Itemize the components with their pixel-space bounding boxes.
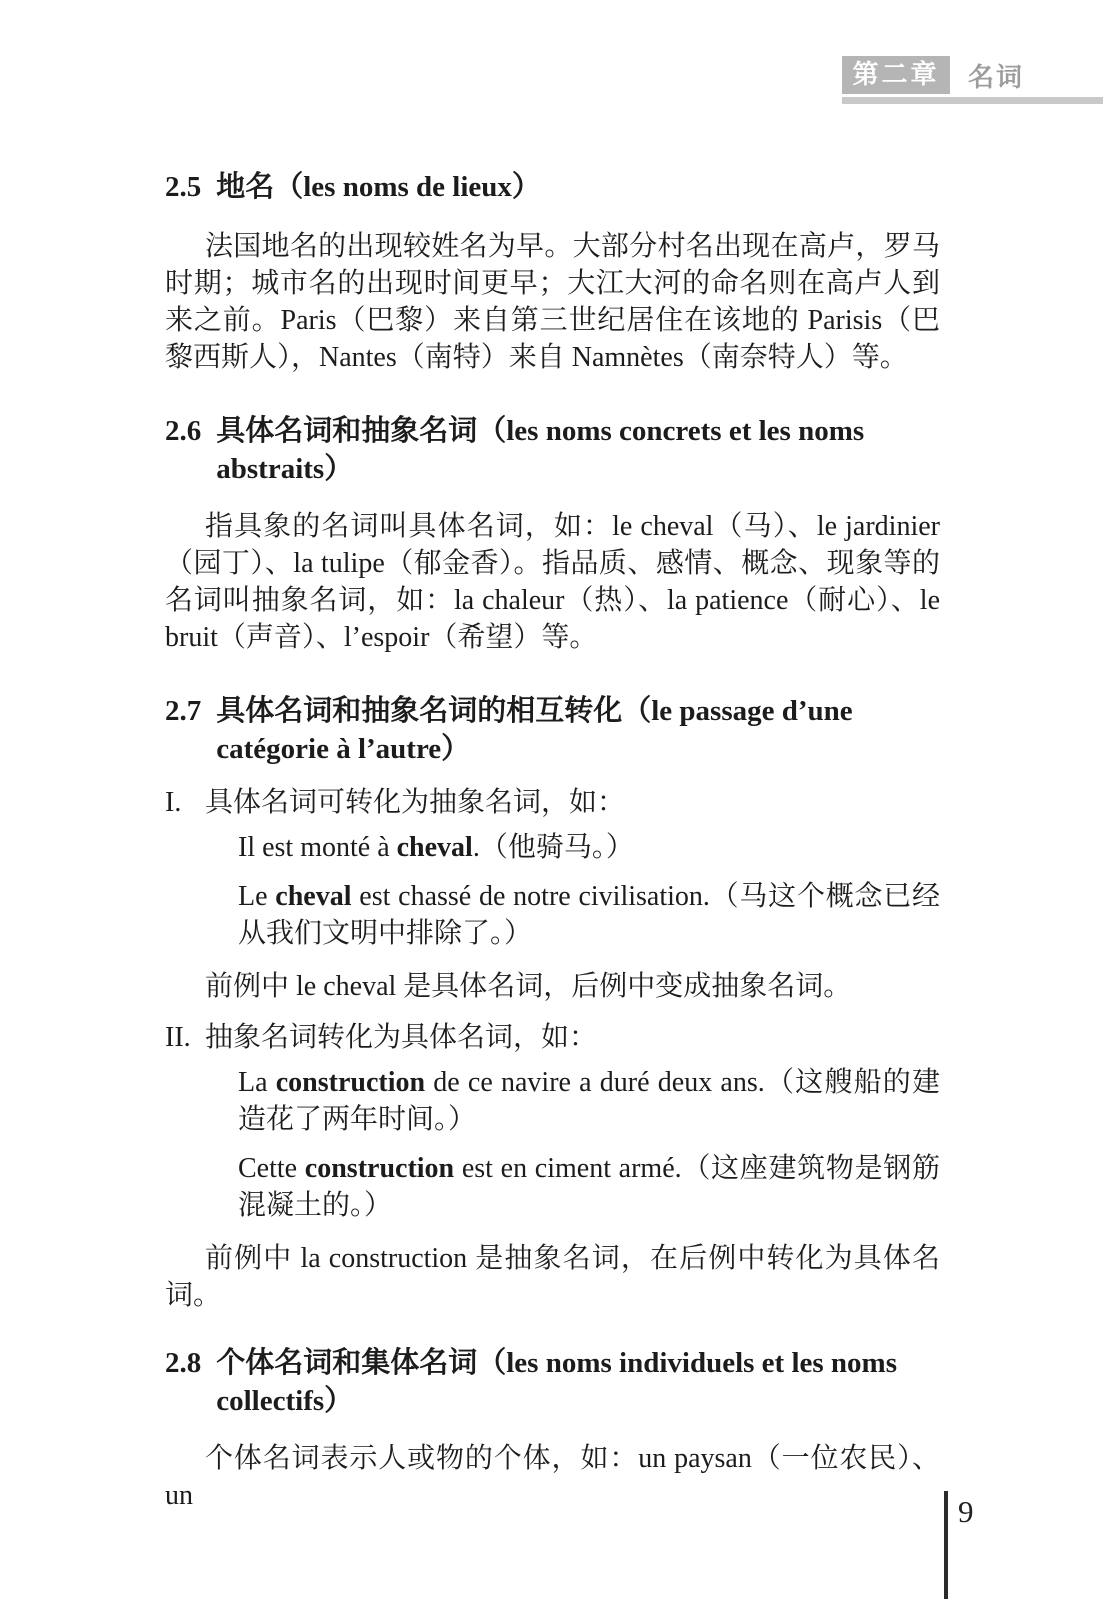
example-bold-word: construction — [305, 1153, 454, 1184]
example-sentence: Il est monté à cheval.（他骑马。） — [238, 829, 940, 866]
list-item-intro: 抽象名词转化为具体名词，如： — [205, 1019, 940, 1056]
example-bold-word: cheval — [275, 881, 351, 912]
chapter-title: 名词 — [968, 57, 1024, 94]
roman-numeral-label: I. — [165, 784, 205, 821]
example-pre: La — [238, 1067, 276, 1098]
example-pre: Il est monté à — [238, 832, 397, 863]
example-pre: Cette — [238, 1153, 305, 1184]
section-2-5-paragraph: 法国地名的出现较姓名为早。大部分村名出现在高卢，罗马时期；城市名的出现时间更早；… — [165, 228, 940, 376]
section-number: 2.5 — [165, 168, 201, 206]
example-note: 前例中 le cheval 是具体名词，后例中变成抽象名词。 — [165, 968, 940, 1005]
chapter-number-box: 第二章 — [842, 56, 950, 94]
example-bold-word: construction — [276, 1067, 425, 1098]
example-bold-word: cheval — [397, 832, 473, 863]
section-title: 地名（les noms de lieux） — [216, 168, 940, 206]
list-item-1: I. 具体名词可转化为抽象名词，如： — [165, 784, 940, 821]
example-sentence: Cette construction est en ciment armé.（这… — [238, 1150, 940, 1224]
list-item-2: II. 抽象名词转化为具体名词，如： — [165, 1019, 940, 1056]
example-group-2: La construction de ce navire a duré deux… — [238, 1064, 940, 1224]
book-page: 第二章 名词 2.5 地名（les noms de lieux） 法国地名的出现… — [0, 0, 1103, 1599]
chapter-number-label: 第二章 — [852, 60, 939, 89]
section-2-8-paragraph: 个体名词表示人或物的个体，如：un paysan（一位农民）、un — [165, 1440, 940, 1514]
section-heading-2-5: 2.5 地名（les noms de lieux） — [165, 168, 940, 206]
section-title: 具体名词和抽象名词（les noms concrets et les noms … — [216, 412, 940, 488]
example-group-1: Il est monté à cheval.（他骑马。） Le cheval e… — [238, 829, 940, 952]
roman-numeral-label: II. — [165, 1019, 205, 1056]
header-rule — [842, 97, 1103, 104]
chapter-header-row: 第二章 名词 — [842, 56, 1103, 94]
section-heading-2-8: 2.8 个体名词和集体名词（les noms individuels et le… — [165, 1344, 940, 1420]
section-heading-2-7: 2.7 具体名词和抽象名词的相互转化（le passage d’une caté… — [165, 692, 940, 768]
section-number: 2.8 — [165, 1344, 201, 1420]
section-heading-2-6: 2.6 具体名词和抽象名词（les noms concrets et les n… — [165, 412, 940, 488]
list-item-intro: 具体名词可转化为抽象名词，如： — [205, 784, 940, 821]
section-number: 2.7 — [165, 692, 201, 768]
example-post: .（他骑马。） — [473, 832, 634, 863]
chapter-header: 第二章 名词 — [842, 56, 1103, 104]
example-note: 前例中 la construction 是抽象名词，在后例中转化为具体名词。 — [165, 1240, 940, 1314]
page-number: 9 — [958, 1494, 974, 1530]
page-content: 2.5 地名（les noms de lieux） 法国地名的出现较姓名为早。大… — [165, 168, 940, 1514]
section-2-6-paragraph: 指具象的名词叫具体名词，如：le cheval（马）、le jardinier（… — [165, 508, 940, 656]
section-number: 2.6 — [165, 412, 201, 488]
example-sentence: Le cheval est chassé de notre civilisati… — [238, 878, 940, 952]
section-title: 具体名词和抽象名词的相互转化（le passage d’une catégori… — [216, 692, 940, 768]
footer-rule — [944, 1491, 948, 1599]
section-title: 个体名词和集体名词（les noms individuels et les no… — [216, 1344, 940, 1420]
example-sentence: La construction de ce navire a duré deux… — [238, 1064, 940, 1138]
example-pre: Le — [238, 881, 275, 912]
